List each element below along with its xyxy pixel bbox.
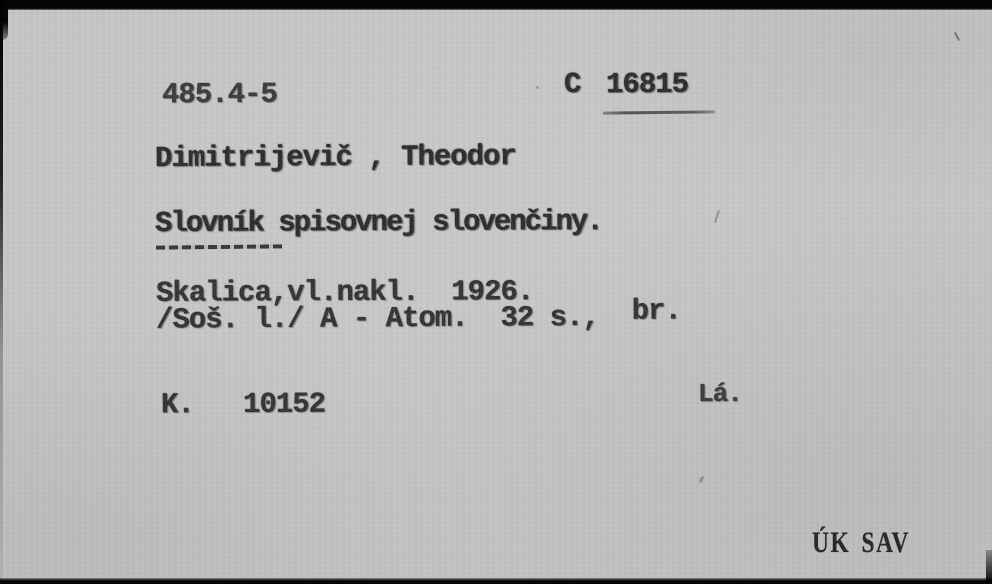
title-underlined-word: Slovník: [155, 207, 263, 240]
shelfmark-underline: [603, 110, 715, 114]
scan-edge-left: [0, 0, 3, 584]
ink-speck: [714, 210, 720, 223]
collation-line: /Soš. l./ A - Atom. 32 s., br.: [156, 302, 681, 334]
scan-edge-top: [0, 0, 992, 10]
library-stamp: ÚK SAV: [812, 528, 910, 558]
call-number: 485.4-5: [162, 80, 277, 110]
shelfmark-letter: C: [564, 70, 581, 99]
ink-speck: [699, 476, 705, 484]
title-underline: [156, 244, 282, 249]
title-rest: spisovnej slovenčiny.: [263, 205, 602, 239]
scan-edge-corner-bottomright: [986, 550, 992, 584]
ink-speck: [954, 32, 960, 41]
cataloguer-initials: Lá.: [698, 381, 742, 407]
collation-binding: br.: [632, 296, 681, 325]
author-line: Dimitrijevič , Theodor: [155, 142, 516, 173]
collation-main: /Soš. l./ A - Atom. 32 s.,: [156, 301, 632, 337]
ink-speck: [536, 86, 539, 89]
title-line: Slovník spisovnej slovenčiny.: [155, 207, 602, 238]
shelfmark-number: 16815: [606, 70, 688, 99]
accession-number-line: K. 10152: [161, 390, 325, 420]
catalog-card-scan: 485.4-5 C 16815 Dimitrijevič , Theodor S…: [0, 0, 992, 584]
scan-edge-corner-topleft: [0, 0, 8, 40]
scan-edge-bottom: [0, 578, 992, 584]
